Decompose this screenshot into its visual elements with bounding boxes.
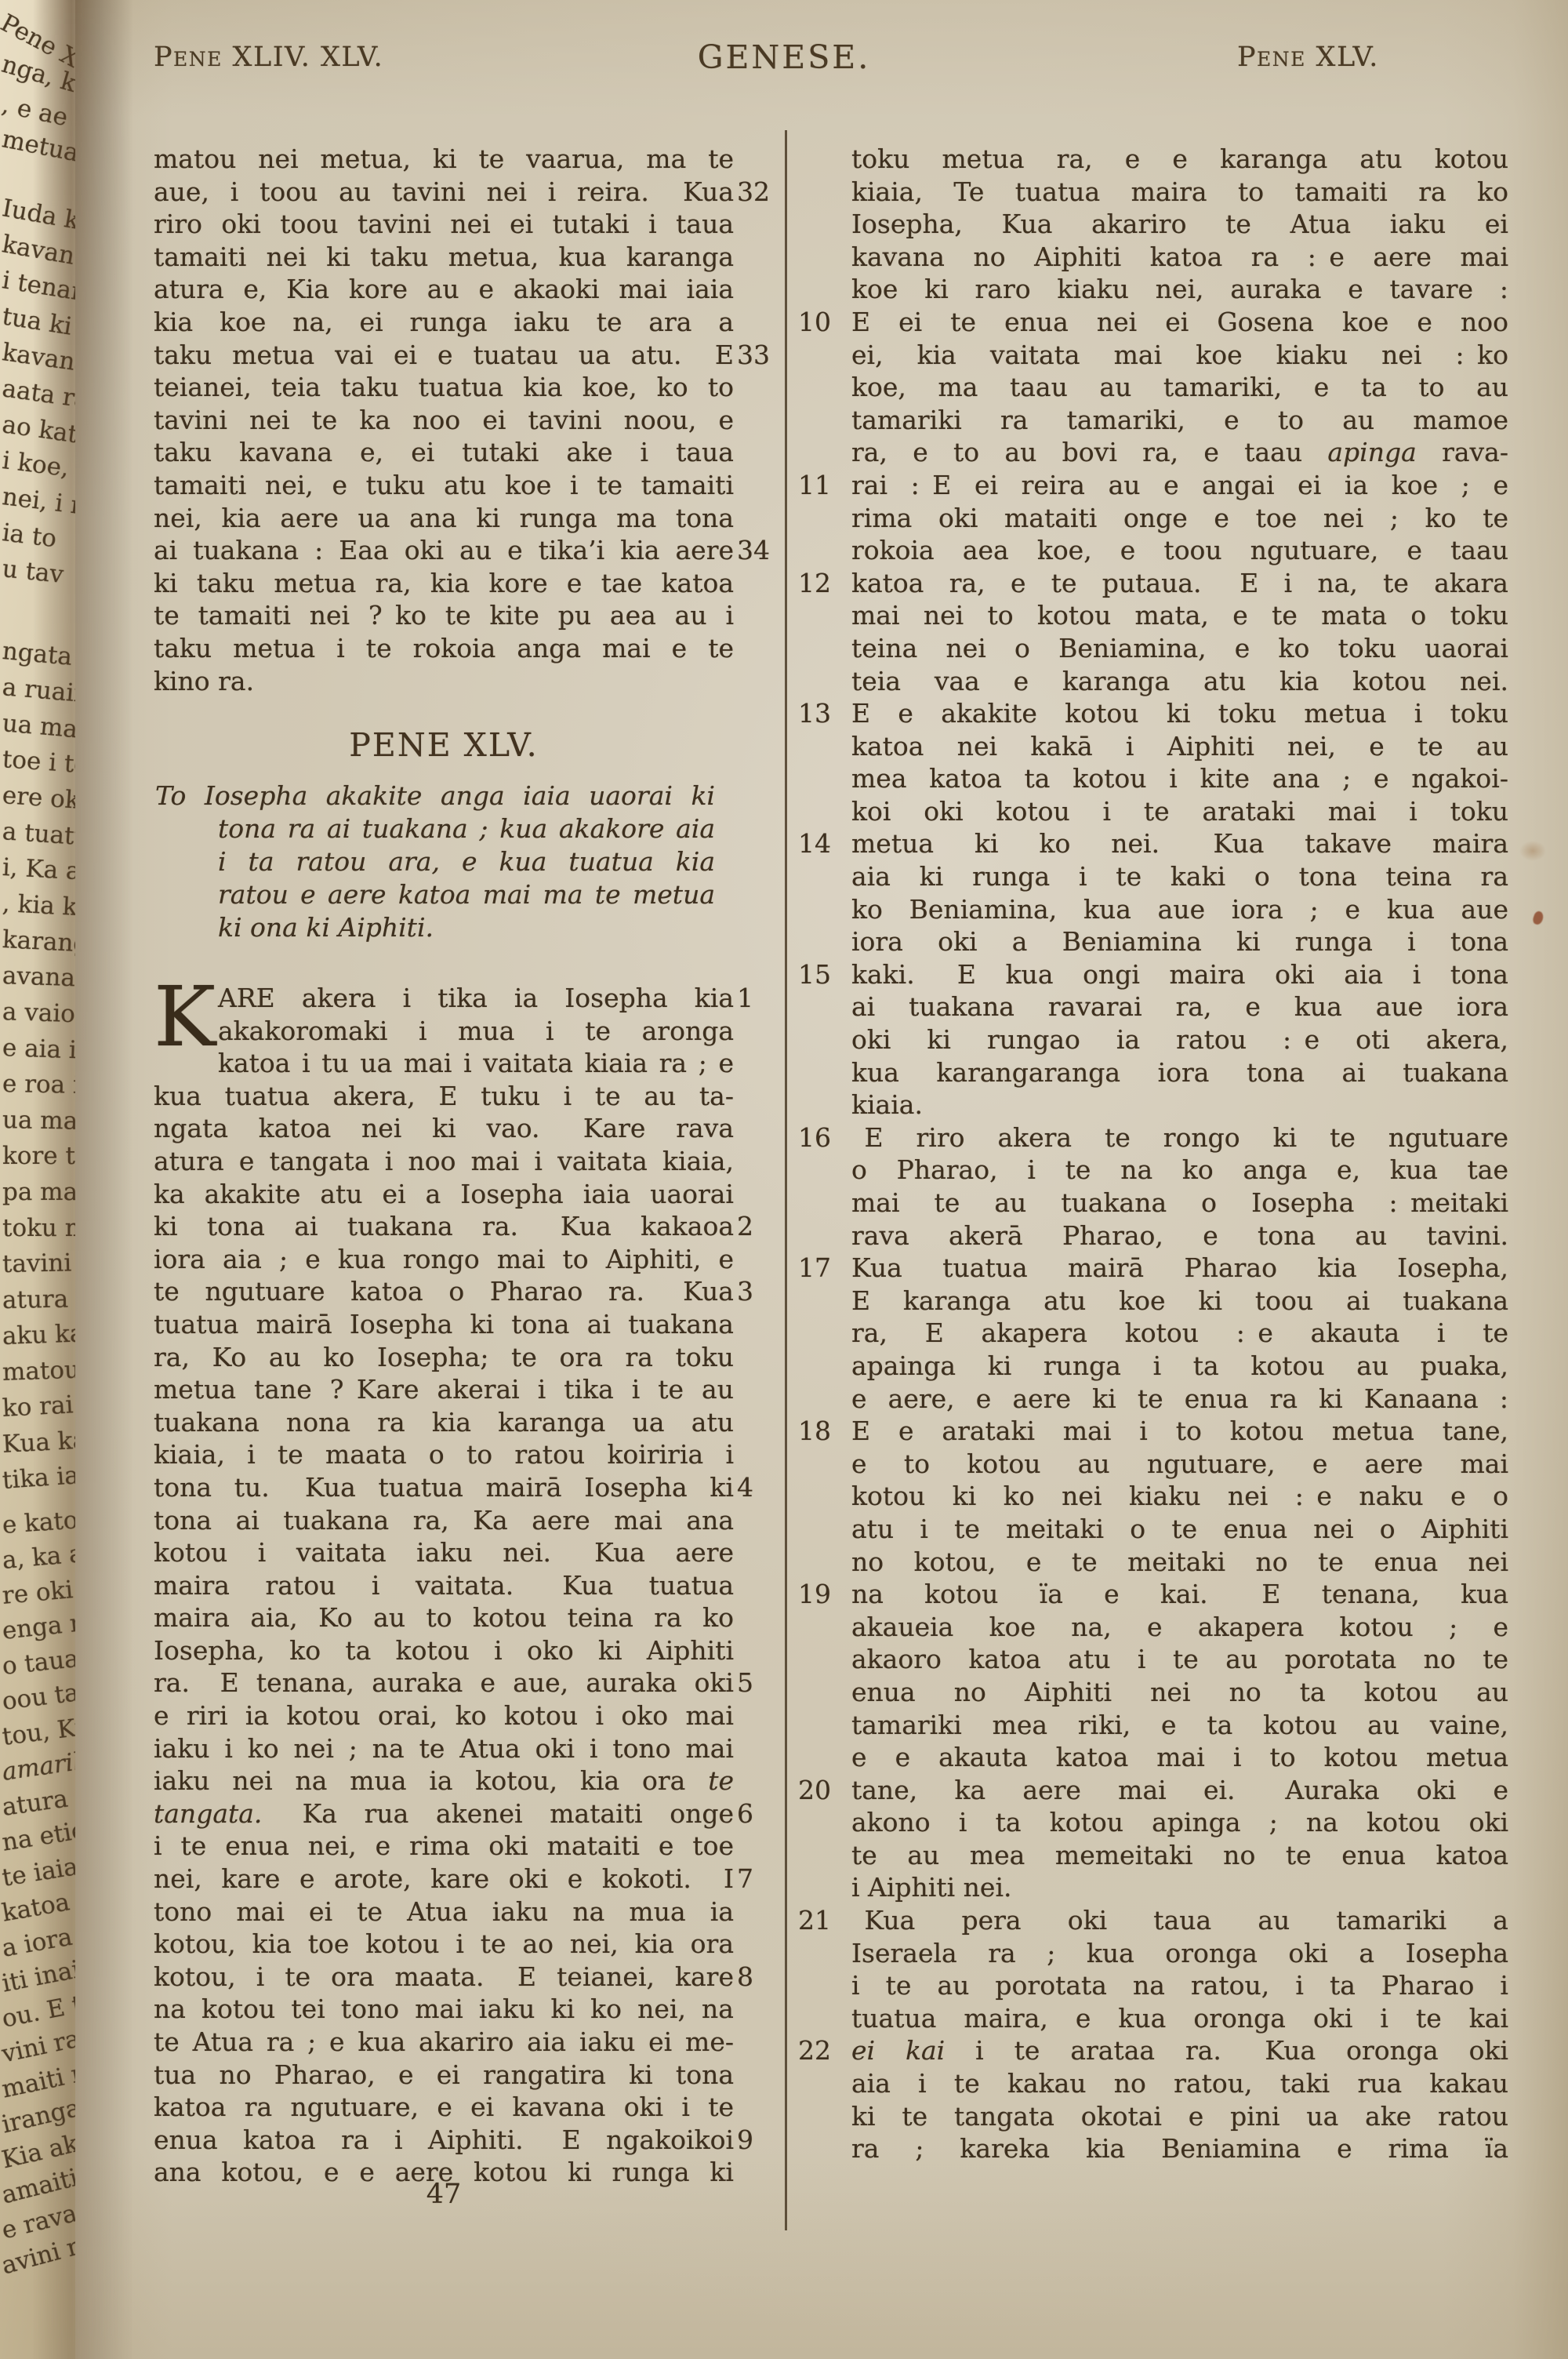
verse-number: 21	[798, 1904, 847, 1937]
book-page-scan: Pene Xnga, ko, e aemetua nIuda kikavani …	[0, 0, 1568, 2359]
text-line: na kotou tei tono mai iaku ki ko nei, na	[154, 1993, 734, 2026]
gutter-text-fragment: atura m	[2, 1287, 75, 1313]
gutter-text-fragment: ao kat	[1, 413, 75, 447]
text-line: teia vaa e karanga atu kia kotou nei.	[851, 665, 1508, 698]
text-line: rima oki mataiti onge e toe nei ; ko te	[851, 502, 1508, 535]
gutter-text-fragment: karanga a	[2, 928, 75, 958]
text-line: tono mai ei te Atua iaku na mua ia	[154, 1896, 734, 1928]
gutter-text-fragment: e katoa n	[2, 1506, 75, 1538]
text-line: ko Beniamina, kua aue iora ; e kua aue	[851, 893, 1508, 926]
text-line: akakoromaki i mua i te aronga	[154, 1015, 734, 1048]
text-line: ai tuakana : Eaa oki au e tika’i kia aer…	[154, 534, 734, 567]
verse-number: 19	[798, 1578, 847, 1611]
verse-number: 18	[798, 1415, 847, 1448]
verse-number: 3	[737, 1275, 784, 1308]
text-line: E e arataki mai i to kotou metua tane,18	[851, 1415, 1508, 1448]
gutter-text-fragment: , kia kite	[2, 892, 75, 921]
verse-number: 6	[737, 1797, 784, 1830]
header-right-chapter: Pene XLV.	[1237, 41, 1379, 74]
gutter-text-fragment: amariki i	[1, 1746, 75, 1785]
text-line: kino ra.	[154, 665, 734, 698]
text-line: te ngutuare katoa o Pharao ra. Kua3	[154, 1275, 734, 1308]
text-line: ngata katoa nei ki vao. Kare rava	[154, 1112, 734, 1145]
gutter-text-fragment: i, Ka an	[2, 856, 75, 885]
text-line: tona tu. Kua tuatua mairā Iosepha ki4	[154, 1471, 734, 1504]
text-line: To Iosepha akakite anga iaia uaorai ki	[155, 780, 715, 812]
paper-smudge	[1519, 841, 1546, 861]
text-line: kiaia, i te maata o to ratou koiriria i	[154, 1438, 734, 1471]
gutter-text-fragment: Kua kar	[2, 1428, 75, 1457]
gutter-text-fragment: ere oki a	[2, 783, 75, 815]
gutter-text-fragment: ia to	[1, 521, 58, 551]
gutter-text-fragment: Iuda ki	[0, 196, 75, 234]
text-line: enua no Aiphiti nei no ta kotou au	[851, 1676, 1508, 1709]
verse-number: 10	[798, 306, 847, 339]
text-line: E ei te enua nei ei Gosena koe e noo10	[851, 306, 1508, 339]
text-line: te tamaiti nei ? ko te kite pu aea au i	[154, 599, 734, 632]
red-ink-speck	[1532, 911, 1545, 926]
text-line: kiaia.	[851, 1089, 1508, 1121]
chapter-heading: PENE XLV.	[154, 726, 734, 764]
text-line: e e akauta katoa mai i to kotou metua	[851, 1741, 1508, 1774]
gutter-text-fragment: nei, i n	[1, 485, 75, 519]
text-line: E riro akera te rongo ki te ngutuare16	[851, 1121, 1508, 1154]
text-line: tona ai tuakana ra, Ka aere mai ana	[154, 1504, 734, 1537]
gutter-text-fragment: aata ra	[1, 376, 75, 413]
text-line: kavana no Aiphiti katoa ra : e aere mai	[851, 241, 1508, 274]
verse-number: 17	[798, 1252, 847, 1285]
verse-number: 34	[737, 534, 784, 567]
gutter-text-fragment: atura oki	[1, 1780, 75, 1819]
text-line: tuatua maira, e kua oronga oki i te kai	[851, 2002, 1508, 2035]
text-line: teianei, teia taku tuatua kia koe, ko to	[154, 371, 734, 404]
gutter-text-fragment: tua ki	[1, 304, 74, 340]
text-line: iora aia ; e kua rongo mai to Aiphiti, e	[154, 1243, 734, 1276]
text-line: mea katoa ta kotou i kite ana ; e ngakoi…	[851, 762, 1508, 795]
gutter-text-fragment: aku kava	[2, 1321, 75, 1349]
text-line: i Aiphiti nei.	[851, 1871, 1508, 1904]
text-line: taku metua i te rokoia anga mai e te	[154, 632, 734, 665]
text-line: apainga ki runga i ta kotou au puaka,	[851, 1350, 1508, 1383]
verse-number: 33	[737, 339, 784, 372]
text-line: enua katoa ra i Aiphiti. E ngakoikoi9	[154, 2124, 734, 2157]
gutter-text-fragment: metua n	[0, 127, 75, 170]
gutter-text-fragment: kavana	[1, 340, 75, 376]
text-line: tuatua mairā Iosepha ki tona ai tuakana	[154, 1308, 734, 1341]
verse-number: 1	[737, 982, 784, 1015]
text-line: E karanga atu koe ki toou ai tuakana	[851, 1285, 1508, 1318]
gutter-text-fragment: toe i to	[2, 747, 75, 778]
text-line: na kotou ïa e kai. E tenana, kua19	[851, 1578, 1508, 1611]
text-line: metua tane ? Kare akerai i tika i te au	[154, 1373, 734, 1406]
text-line: kua karangaranga iora tona ai tuakana	[851, 1056, 1508, 1089]
text-line: atura e, Kia kore au e akaoki mai iaia	[154, 273, 734, 306]
gutter-text-fragment: tou, Kua	[1, 1713, 75, 1750]
text-line: e to kotou au ngutuare, e aere mai	[851, 1448, 1508, 1481]
text-line: koi oki kotou i te arataki mai i toku	[851, 795, 1508, 828]
text-line: tane, ka aere mai ei. Auraka oki e20	[851, 1774, 1508, 1807]
text-line: tuakana nona ra kia karanga ua atu	[154, 1406, 734, 1439]
verse-number: 5	[737, 1667, 784, 1699]
gutter-text-fragment: a, ka ae	[2, 1540, 75, 1573]
left-column-part2: K ARE akera i tika ia Iosepha kia1akakor…	[154, 982, 734, 2189]
gutter-text-fragment: ua mai k	[2, 1108, 75, 1134]
text-line: kaki. E kua ongi maira oki aia i tona15	[851, 958, 1508, 991]
text-line: te Atua ra ; e kua akariro aia iaku ei m…	[154, 2026, 734, 2059]
header-left-chapter-range: Pene XLIV. XLV.	[154, 41, 383, 74]
text-line: tona ra ai tuakana ; kua akakore aia	[155, 812, 715, 845]
text-line: tamaiti nei, e tuku atu koe i te tamaiti	[154, 469, 734, 502]
text-line: i ta ratou ara, e kua tuatua kia	[155, 845, 715, 878]
verse-number: 4	[737, 1471, 784, 1504]
text-line: aue, i toou au tavini nei i reira. Kua32	[154, 176, 734, 209]
text-line: taku kavana e, ei tutaki ake i taua	[154, 436, 734, 469]
gutter-text-fragment: oou tavi	[1, 1678, 75, 1714]
gutter-text-fragment: matou ne	[2, 1357, 75, 1385]
text-line: rava akerā Pharao, e tona au tavini.	[851, 1219, 1508, 1252]
text-line: teina nei o Beniamina, e ko toku uaorai	[851, 632, 1508, 665]
text-line: iaku i ko nei ; na te Atua oki i tono ma…	[154, 1732, 734, 1765]
gutter-text-fragment: e aia i	[2, 1036, 75, 1063]
text-line: katoa ra ngutuare, e ei kavana oki i te	[154, 2091, 734, 2124]
text-line: Iseraela ra ; kua oronga oki a Iosepha	[851, 1937, 1508, 1970]
text-line: tua no Pharao, e ei rangatira ki tona	[154, 2059, 734, 2092]
text-line: ratou e aere katoa mai ma te metua	[155, 878, 715, 911]
text-line: E e akakite kotou ki toku metua i toku13	[851, 697, 1508, 730]
text-line: taku metua vai ei e tuatau ua atu. E33	[154, 339, 734, 372]
page-number: 47	[154, 2179, 734, 2210]
gutter-text-fragment: a vaio i	[2, 1000, 75, 1027]
text-line: aia i te kakau no ratou, taki rua kakau	[851, 2067, 1508, 2100]
text-line: oki ki rungao ia ratou : e oti akera,	[851, 1023, 1508, 1056]
verse-number: 12	[798, 567, 847, 600]
text-line: ki taku metua ra, kia kore e tae katoa	[154, 567, 734, 600]
header-book-title: GENESE.	[643, 41, 925, 74]
verse-number: 11	[798, 469, 847, 502]
gutter-text-fragment: pa mai, k	[2, 1180, 75, 1205]
gutter-text-fragment: tika ia m	[2, 1461, 75, 1492]
text-line: nei, kare e arote, kare oki e kokoti. I7	[154, 1863, 734, 1896]
column-divider-rule	[785, 130, 787, 2230]
text-line: i te enua nei, e rima oki mataiti e toe	[154, 1830, 734, 1863]
text-line: e aere, e aere ki te enua ra ki Kanaana …	[851, 1383, 1508, 1416]
gutter-text-fragment: a ruaine	[2, 675, 75, 708]
text-line: atu i te meitaki o te enua nei o Aiphiti	[851, 1513, 1508, 1546]
gutter-text-fragment: na etieti	[1, 1816, 75, 1856]
verse-number: 7	[737, 1863, 784, 1896]
text-line: kotou, kia toe kotou i te ao nei, kia or…	[154, 1928, 734, 1961]
text-line: mai te au tuakana o Iosepha : meitaki	[851, 1187, 1508, 1219]
gutter-text-fragment: te iaia, e	[1, 1850, 75, 1891]
text-line: ki ona ki Aiphiti.	[155, 911, 715, 944]
text-line: kiaia, Te tuatua maira to tamaiti ra ko	[851, 176, 1508, 209]
text-line: akaueia koe na, e akapera kotou ; e	[851, 1611, 1508, 1644]
verse-number: 8	[737, 1961, 784, 1994]
text-line: tamaiti nei ki taku metua, kua karanga	[154, 241, 734, 274]
text-line: ka akakite atu ei a Iosepha iaia uaorai	[154, 1178, 734, 1211]
text-line: kua tuatua akera, E tuku i te au ta-	[154, 1080, 734, 1113]
text-line: te au mea memeitaki no te enua katoa	[851, 1839, 1508, 1872]
text-line: matou nei metua, ki te vaarua, ma te	[154, 143, 734, 176]
text-line: Iosepha, Kua akariro te Atua iaku ei	[851, 208, 1508, 241]
gutter-text-fragment: o taua ta	[1, 1644, 75, 1679]
text-line: tamariki ra tamariki, e to au mamoe	[851, 404, 1508, 437]
gutter-text-fragment: avana e, I	[2, 964, 75, 992]
text-line: Iosepha, ko ta kotou i oko ki Aiphiti	[154, 1634, 734, 1667]
text-line: kotou i vaitata iaku nei. Kua aere	[154, 1536, 734, 1569]
text-line: metua ki ko nei. Kua takave maira14	[851, 827, 1508, 860]
right-column: toku metua ra, e e karanga atu kotoukiai…	[851, 143, 1508, 2165]
left-column-part1: matou nei metua, ki te vaarua, ma teaue,…	[154, 143, 734, 697]
gutter-text-fragment: i tenan	[1, 268, 75, 306]
text-line: no kotou, e te meitaki no te enua nei	[851, 1546, 1508, 1579]
text-line: ai tuakana ravarai ra, e kua aue iora	[851, 990, 1508, 1023]
text-line: tangata. Ka rua akenei mataiti onge6	[154, 1797, 734, 1830]
text-line: ra, Ko au ko Iosepha; te ora ra toku	[154, 1341, 734, 1374]
text-line: ra, e to au bovi ra, e taau apinga rava-	[851, 436, 1508, 469]
text-line: iora oki a Beniamina ki runga i tona	[851, 925, 1508, 958]
gutter-text-fragment: re oki e	[2, 1576, 75, 1608]
text-line: ra ; kareka kia Beniamina e rima ïa	[851, 2132, 1508, 2165]
text-line: toku metua ra, e e karanga atu kotou	[851, 143, 1508, 176]
chapter-summary: To Iosepha akakite anga iaia uaorai kito…	[155, 780, 715, 944]
verse-number: 32	[737, 176, 784, 209]
gutter-text-fragment: kore to k	[2, 1144, 75, 1169]
text-line: akono i ta kotou apinga ; na kotou oki	[851, 1806, 1508, 1839]
text-line: koe ki raro kiaku nei, auraka e tavare :	[851, 273, 1508, 306]
text-line: katoa i tu ua mai i vaitata kiaia ra ; e	[154, 1047, 734, 1080]
text-line: riro oki toou tavini nei ei tutaki i tau…	[154, 208, 734, 241]
text-line: e riri ia kotou orai, ko kotou i oko mai	[154, 1699, 734, 1732]
text-line: ei, kia vaitata mai koe kiaku nei : ko	[851, 339, 1508, 372]
text-line: i te au porotata na ratou, i ta Pharao i	[851, 1969, 1508, 2002]
gutter-text-fragment: tavini n	[2, 1251, 75, 1277]
text-line: kia koe na, ei runga iaku te ara a	[154, 306, 734, 339]
facing-page-edge: Pene Xnga, ko, e aemetua nIuda kikavani …	[0, 0, 75, 2359]
text-line: ra, E akapera kotou : e akauta i te	[851, 1317, 1508, 1350]
text-line: nei, kia aere ua ana ki runga ma tona	[154, 502, 734, 535]
gutter-text-fragment: ngata ra	[2, 639, 75, 672]
text-line: ra. E tenana, auraka e aue, auraka oki5	[154, 1667, 734, 1699]
text-line: kotou, i te ora maata. E teianei, kare8	[154, 1961, 734, 1994]
text-line: rokoia aea koe, e toou ngutuare, e taau	[851, 534, 1508, 567]
text-line: ki te tangata okotai e pini ua ake ratou	[851, 2100, 1508, 2133]
verse-number: 22	[798, 2034, 847, 2067]
text-line: aia ki runga i te kaki o tona teina ra	[851, 860, 1508, 893]
text-line: rai : E ei reira au e angai ei ia koe ; …	[851, 469, 1508, 502]
text-line: koe, ma taau au tamariki, e ta to au	[851, 371, 1508, 404]
text-line: tavini nei te ka noo ei tavini noou, e	[154, 404, 734, 437]
gutter-text-fragment: i koe, e	[1, 449, 75, 484]
gutter-text-fragment: enga ra,	[1, 1609, 75, 1644]
text-line: kotou ki ko nei kiaku nei : e naku e o	[851, 1480, 1508, 1513]
verse-number: 13	[798, 697, 847, 730]
gutter-text-fragment: u tav	[1, 557, 64, 587]
text-line: katoa ra, e te putaua. E i na, te akara1…	[851, 567, 1508, 600]
text-line: maira aia, Ko au to kotou teina ra ko	[154, 1601, 734, 1634]
text-line: atura e tangata i noo mai i vaitata kiai…	[154, 1145, 734, 1178]
text-line: ki tona ai tuakana ra. Kua kakaoa2	[154, 1210, 734, 1243]
gutter-text-fragment: toku mat	[2, 1216, 75, 1241]
verse-number: 14	[798, 827, 847, 860]
gutter-text-fragment: kavan	[0, 232, 75, 269]
text-line: mai nei to kotou mata, e te mata o toku	[851, 599, 1508, 632]
gutter-text-fragment: e roa ia	[2, 1072, 75, 1098]
text-line: tamariki mea riki, e ta kotou au vaine,	[851, 1709, 1508, 1742]
text-line: Kua tuatua mairā Pharao kia Iosepha,17	[851, 1252, 1508, 1285]
text-line: iaku nei na mua ia kotou, kia ora te	[154, 1765, 734, 1797]
text-line: o Pharao, i te na ko anga e, kua tae	[851, 1154, 1508, 1187]
text-line: ARE akera i tika ia Iosepha kia1	[154, 982, 734, 1015]
verse-number: 16	[798, 1121, 847, 1154]
gutter-text-fragment: a tuatua	[2, 820, 75, 851]
verse-number: 9	[737, 2124, 784, 2157]
gutter-text-fragment: , e ae	[0, 93, 70, 130]
text-line: ei kai i te arataa ra. Kua oronga oki22	[851, 2034, 1508, 2067]
gutter-text-fragment: ko rai i t	[2, 1391, 75, 1421]
gutter-text-fragment: ua mate	[2, 711, 75, 744]
text-line: katoa nei kakā i Aiphiti nei, e te au	[851, 730, 1508, 763]
verse-number: 20	[798, 1774, 847, 1807]
text-line: akaoro katoa atu i te au porotata no te	[851, 1643, 1508, 1676]
verse-number: 15	[798, 958, 847, 991]
verse-number: 2	[737, 1210, 784, 1243]
text-line: maira ratou i vaitata. Kua tuatua	[154, 1569, 734, 1602]
text-line: Kua pera oki taua au tamariki a21	[851, 1904, 1508, 1937]
